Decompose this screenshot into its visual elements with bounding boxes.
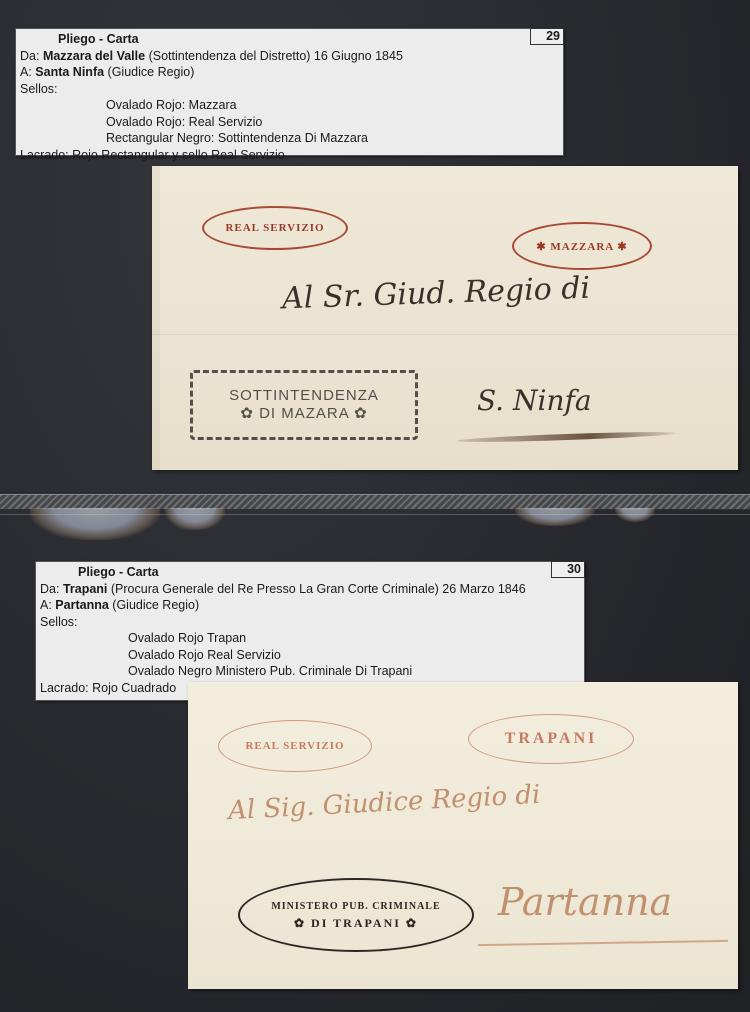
sellos-label: Sellos: [40,614,580,631]
plastic-glare [515,508,595,526]
plastic-glare [165,508,225,530]
stamp-line: ✿ DI MAZARA ✿ [193,405,415,423]
ink-underline [478,940,728,946]
stamp-sottintendenza: SOTTINTENDENZA ✿ DI MAZARA ✿ [190,370,418,440]
sello-item: Ovalado Rojo Real Servizio [40,647,580,664]
stamp-line: MINISTERO PUB. CRIMINALE [271,899,440,915]
to-detail: (Giudice Regio) [112,598,199,612]
lot-label-29: 29 Pliego - Carta Da: Mazzara del Valle … [15,28,564,156]
envelope-flap [152,166,160,470]
sello-item: Ovalado Negro Ministero Pub. Criminale D… [40,663,580,680]
sello-item: Ovalado Rojo Trapan [40,630,580,647]
envelope-fold [152,334,738,335]
handwritten-destination: S. Ninfa [477,384,592,417]
to-detail: (Giudice Regio) [108,65,195,79]
from-label: Da: [20,49,39,63]
to-label: A: [20,65,32,79]
sellos-label: Sellos: [20,81,559,98]
to-place: Santa Ninfa [35,65,104,79]
stamp-trapani: TRAPANI [468,714,634,764]
from-line: Da: Trapani (Procura Generale del Re Pre… [40,581,580,598]
from-detail: (Procura Generale del Re Presso La Gran … [111,582,526,596]
from-detail: (Sottintendenza del Distretto) 16 Giugno… [149,49,403,63]
plastic-glare [30,508,160,540]
to-line: A: Partanna (Giudice Regio) [40,597,580,614]
from-label: Da: [40,582,59,596]
label-heading: Pliego - Carta [40,564,580,581]
lot-number: 30 [551,561,585,578]
handwritten-destination: Partanna [498,880,672,924]
ink-flourish [457,430,677,444]
sello-item: Ovalado Rojo: Mazzara [20,97,559,114]
stamp-real-servizio: REAL SERVIZIO [218,720,372,772]
envelope-lot-29: REAL SERVIZIO ✱ MAZZARA ✱ Al Sr. Giud. R… [152,166,738,470]
stamp-real-servizio: REAL SERVIZIO [202,206,348,250]
lot-number: 29 [530,28,564,45]
stamp-mazzara: ✱ MAZZARA ✱ [512,222,652,270]
to-line: A: Santa Ninfa (Giudice Regio) [20,64,559,81]
stamp-ministero-criminale: MINISTERO PUB. CRIMINALE ✿ DI TRAPANI ✿ [238,878,474,952]
lacrado-line: Lacrado: Rojo Rectangular y sello Real S… [20,147,559,164]
label-heading: Pliego - Carta [20,31,559,48]
stamp-line: SOTTINTENDENZA [193,387,415,405]
to-place: Partanna [55,598,109,612]
plastic-glare [615,508,655,522]
handwritten-address: Al Sig. Giudice Regio di [227,780,541,826]
to-label: A: [40,598,52,612]
sello-item: Ovalado Rojo: Real Servizio [20,114,559,131]
handwritten-address: Al Sr. Giud. Regio di [281,271,590,317]
from-place: Trapani [63,582,107,596]
from-place: Mazzara del Valle [43,49,145,63]
stamp-line: ✿ DI TRAPANI ✿ [294,915,418,931]
sello-item: Rectangular Negro: Sottintendenza Di Maz… [20,130,559,147]
from-line: Da: Mazzara del Valle (Sottintendenza de… [20,48,559,65]
envelope-lot-30: REAL SERVIZIO TRAPANI Al Sig. Giudice Re… [188,682,738,989]
lot-label-30: 30 Pliego - Carta Da: Trapani (Procura G… [35,561,585,701]
